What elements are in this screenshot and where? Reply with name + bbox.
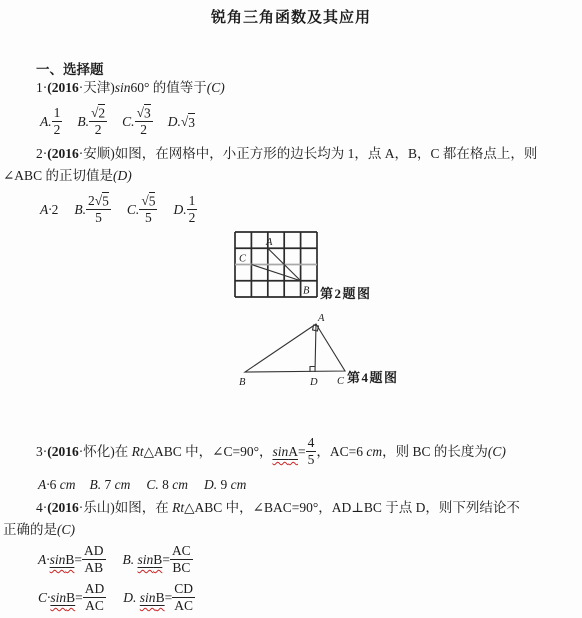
option-a: A·6 cm: [38, 477, 76, 493]
sin-variable: A: [288, 444, 298, 459]
source-rest: ·安顺): [79, 146, 115, 161]
sin-term: sinB: [50, 590, 75, 606]
option-label: D.: [168, 114, 181, 130]
option-label: A·: [38, 477, 50, 493]
radicand: 2: [98, 104, 105, 121]
unit-cm: cm: [231, 477, 247, 493]
source-rest: ·乐山): [79, 500, 115, 515]
stem-text: ，AC=6: [316, 442, 366, 462]
question-number: 3·: [36, 442, 47, 462]
unit-cm: cm: [366, 442, 382, 462]
option-label: B.: [123, 552, 138, 568]
sin-variable: B: [66, 590, 75, 605]
question-3-stem: 3·(2016·怀化)在 Rt△ABC 中，∠C=90°，sinA=45，AC=…: [36, 436, 506, 468]
stem-text: 如图，在: [115, 500, 172, 515]
option-label: C.: [127, 202, 139, 218]
option-label: D.: [173, 202, 186, 218]
option-label: A.: [40, 114, 52, 130]
equals-sign: =: [165, 590, 173, 606]
grid-figure: A C B: [233, 230, 321, 302]
point-label-a: A: [317, 313, 325, 324]
stem-text: △ABC 中，∠BAC=90°，AD⊥BC 于点 D，则下列结论不: [184, 500, 520, 515]
option-d: D.12: [173, 194, 197, 225]
triangle-abc: [245, 324, 345, 372]
option-label: B.: [90, 477, 105, 493]
option-b: B.2√55: [74, 194, 111, 225]
equals-sign: =: [162, 552, 170, 568]
option-value: 7: [105, 477, 115, 493]
option-c: C.√32: [122, 106, 153, 137]
section-heading: 一、选择题: [36, 58, 104, 78]
option-d: D.√3: [168, 113, 195, 131]
option-label: D.: [204, 477, 221, 493]
fraction: 12: [52, 106, 63, 137]
sin-variable: B: [156, 590, 165, 605]
stem-text: ，则 BC 的长度为: [382, 442, 488, 462]
sin-word: sin: [138, 552, 154, 567]
question-2-stem-line2: ∠ABC 的正切值是(D): [3, 166, 132, 186]
fraction: √32: [135, 106, 153, 137]
unit-cm: cm: [60, 477, 76, 493]
option-value: 9: [221, 477, 231, 493]
fraction: 45: [306, 436, 317, 467]
stem-text: 的值等于: [149, 80, 206, 95]
option-c: C. 8 cm: [146, 477, 188, 493]
figure-4-caption: 第4题图: [347, 367, 399, 386]
question-4-options-row1: A·sinB=ADAB B. sinB=ACBC: [38, 542, 193, 578]
radicand: 3: [144, 104, 151, 121]
point-label-d: D: [309, 377, 318, 388]
fraction: ADAC: [83, 582, 107, 613]
sin-term: sinB: [140, 590, 165, 606]
source-rest: ·怀化): [79, 442, 115, 462]
option-b: B. 7 cm: [90, 477, 131, 493]
sin-term: sinA: [272, 442, 298, 462]
source-rest: ·天津): [79, 80, 115, 95]
question-1-options: A.12 B.√22 C.√32 D.√3: [40, 102, 195, 142]
option-a: A·sinB=ADAB: [38, 544, 106, 575]
coefficient: 2: [88, 193, 95, 208]
answer-mark: (D): [113, 168, 132, 183]
option-label: C·: [38, 590, 50, 606]
segment-c-b: [251, 265, 300, 281]
sin-term: sinB: [50, 552, 75, 568]
page-title: 锐角三角函数及其应用: [0, 6, 582, 27]
question-number: 4·: [36, 500, 47, 515]
stem-text: 正确的是: [3, 522, 57, 537]
point-label-b: B: [303, 286, 310, 297]
option-d: D. sinB=CDAC: [123, 582, 195, 613]
rt-word: Rt: [172, 500, 184, 515]
question-3-options: A·6 cmB. 7 cmC. 8 cmD. 9 cm: [38, 477, 246, 493]
question-number: 2·: [36, 146, 47, 161]
angle-value: 60°: [131, 80, 150, 95]
question-2-options: A·2 B.2√55 C.√55 D.12: [40, 190, 197, 230]
point-label-a: A: [265, 237, 273, 248]
equals-sign: =: [75, 590, 83, 606]
triangle-figure: A B D C: [233, 310, 358, 390]
sqrt-icon: √: [181, 114, 188, 130]
option-label: A·: [38, 552, 50, 568]
option-c: C.√55: [127, 194, 158, 225]
question-1-stem: 1·(2016·天津)sin60° 的值等于(C): [36, 78, 225, 98]
option-a: A·2: [40, 202, 58, 218]
fraction: CDAC: [172, 582, 195, 613]
option-b: B.√22: [77, 106, 107, 137]
option-c: C·sinB=ADAC: [38, 582, 106, 613]
source-year: (2016: [47, 442, 79, 462]
fraction: ADAB: [82, 544, 106, 575]
sin-word: sin: [115, 80, 131, 95]
sin-word: sin: [50, 590, 66, 605]
answer-mark: (C): [207, 80, 225, 95]
point-label-c: C: [337, 376, 345, 387]
option-label: D.: [123, 590, 140, 606]
option-label: A·: [40, 202, 52, 218]
stem-text: △ABC 中，∠C=90°，: [144, 442, 273, 462]
sin-term: sinB: [138, 552, 163, 568]
figure-2-caption: 第2题图: [320, 283, 372, 302]
fraction: √22: [89, 106, 107, 137]
sqrt-icon: √: [141, 193, 148, 208]
stem-text: 在: [115, 442, 132, 462]
option-value: 2: [52, 202, 59, 218]
option-b: B. sinB=ACBC: [123, 544, 193, 575]
answer-mark: (C): [57, 522, 75, 537]
option-label: B.: [74, 202, 86, 218]
option-d: D. 9 cm: [204, 477, 246, 493]
question-4-stem-line2: 正确的是(C): [3, 520, 75, 540]
stem-text: ∠ABC 的正切值是: [3, 168, 113, 183]
altitude-ad: [315, 324, 316, 372]
sin-word: sin: [140, 590, 156, 605]
sin-variable: B: [153, 552, 162, 567]
source-year: (2016: [47, 146, 79, 161]
equals-sign: =: [298, 442, 306, 462]
answer-mark: (C): [488, 442, 506, 462]
option-value: 8: [162, 477, 172, 493]
option-label: B.: [77, 114, 89, 130]
source-year: (2016: [47, 80, 79, 95]
fraction: ACBC: [170, 544, 193, 575]
radicand: 5: [102, 192, 109, 209]
radicand: 5: [149, 192, 156, 209]
sqrt-icon: √: [137, 105, 144, 120]
sin-word: sin: [272, 444, 288, 459]
question-number: 1·: [36, 80, 47, 95]
rt-word: Rt: [132, 442, 144, 462]
equals-sign: =: [74, 552, 82, 568]
option-a: A.12: [40, 106, 62, 137]
option-value: 6: [50, 477, 60, 493]
point-label-c: C: [239, 254, 247, 265]
sin-variable: B: [65, 552, 74, 567]
fraction: 12: [187, 194, 198, 225]
worksheet-page: 锐角三角函数及其应用 一、选择题 1·(2016·天津)sin60° 的值等于(…: [0, 0, 582, 618]
sin-word: sin: [50, 552, 66, 567]
source-year: (2016: [47, 500, 79, 515]
unit-cm: cm: [172, 477, 188, 493]
question-2-stem-line1: 2·(2016·安顺)如图，在网格中，小正方形的边长均为 1，点 A，B，C 都…: [36, 144, 537, 164]
unit-cm: cm: [115, 477, 131, 493]
radicand: 3: [188, 113, 195, 131]
option-label: C.: [146, 477, 162, 493]
question-4-options-row2: C·sinB=ADAC D. sinB=CDAC: [38, 580, 195, 616]
fraction: √55: [139, 194, 157, 225]
fraction: 2√55: [86, 194, 111, 225]
option-label: C.: [122, 114, 134, 130]
point-label-b: B: [239, 377, 246, 388]
question-4-stem-line1: 4·(2016·乐山)如图，在 Rt△ABC 中，∠BAC=90°，AD⊥BC …: [36, 498, 520, 518]
stem-text: 如图，在网格中，小正方形的边长均为 1，点 A，B，C 都在格点上，则: [115, 146, 538, 161]
